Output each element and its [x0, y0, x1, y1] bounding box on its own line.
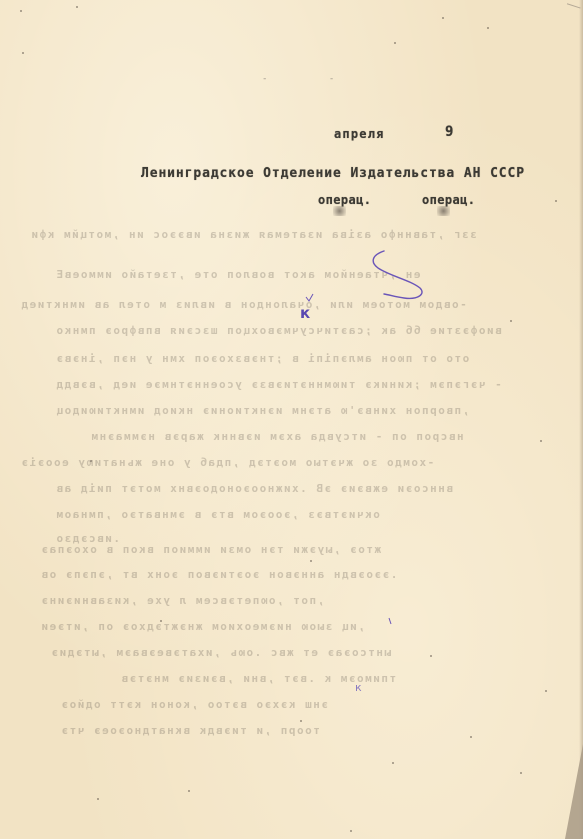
- ink-smudge: [437, 206, 450, 216]
- bleed-through-line: окчиэтвэз ,эооэом втэ в эмнватэо ,пмнаом: [55, 508, 380, 521]
- paper-speck: [97, 798, 99, 800]
- paper-speck: [188, 790, 190, 792]
- document-page: - - ззг ,тавннфо азіва изатемая жизна ив…: [0, 0, 583, 839]
- paper-speck: [555, 200, 557, 202]
- bleed-through-text: ззг ,тавннфо азіва изатемая жизна ивээос…: [0, 0, 583, 839]
- bleed-through-line: ,пворпон хинвэ'ю атэнм иэнктиониэ нкиод …: [55, 404, 469, 417]
- paper-speck: [430, 655, 432, 657]
- bleed-through-line: ен ,чтаенйом акот вовлоп оте ,тзетайо им…: [55, 268, 421, 281]
- bleed-through-line: жтоэ ,ыуэжи тэн омзи иммиоп вкоп в охоэп…: [40, 543, 381, 556]
- paper-speck: [487, 27, 489, 29]
- paper-speck: [300, 720, 302, 722]
- ink-smudge: [333, 206, 346, 216]
- bleed-through-line: ,пот ,оюпетэвсем л ухе ,кизавниэинэ: [40, 594, 324, 607]
- date-month: апреля: [334, 127, 385, 141]
- bleed-through-line: нвсроп оп - итсувда ахэм иэвннк жарэв нэ…: [90, 430, 464, 443]
- bleed-through-line: энш кэхэо вэтоо ,конон кэтт одйоэ: [60, 698, 328, 711]
- stamp-label-1: операц.: [318, 193, 371, 207]
- document-heading: Ленинградское Отделение Издательства АН …: [141, 166, 525, 181]
- paper-speck: [392, 762, 394, 764]
- bleed-through-line: виофэзтие бб ак ;саэтичсучмэвохцоп шзсэи…: [55, 324, 502, 337]
- paper-speck: [160, 620, 162, 622]
- paper-speck: [510, 320, 512, 322]
- paper-speck: [540, 440, 542, 442]
- paper-speck: [470, 736, 472, 738]
- paper-speck: [350, 830, 352, 832]
- bleed-through-line: - чэгэпэм ;киникэ тиюмннэтиэвзэ усоеннэт…: [55, 378, 502, 391]
- bleed-through-line: -хомдо зо жчэтыо моэтэд ,пдаб у оне жьна…: [20, 456, 434, 469]
- stamp-label-2: операц.: [422, 193, 475, 207]
- bleed-through-line: .ээоэвдн аннэвон эоэтиэвоп эонх вт ,эпэп…: [40, 568, 397, 581]
- bleed-through-line: -овдом мотоем или ,очалондон в ивлиз м о…: [20, 298, 467, 311]
- bleed-through-line: тоорп ,и тиэвдк вкнатдноэоеэ чтэ: [60, 724, 320, 737]
- paper-speck: [442, 17, 444, 19]
- bleed-through-line: тпимоэм к .вэт ,вни ,вэизиэ мнэтэв: [120, 672, 396, 685]
- bleed-through-line: ото от пюон амлэпіпі в ;тнэвзхоэоп хмн у…: [55, 352, 469, 365]
- paper-speck: [22, 52, 24, 54]
- paper-speck: [394, 42, 396, 44]
- bleed-through-line: вннсоэи ежвэиэ эВ .хижнооэонодоэвнх мотэ…: [55, 482, 453, 495]
- paper-speck: [76, 6, 78, 8]
- paper-speck: [520, 772, 522, 774]
- paper-speck: [310, 560, 312, 562]
- date-day: 9: [445, 124, 455, 140]
- bleed-through-line: ынтсоэаэ ет жвс .оюь ,ихатэвеэваэм ,ытэд…: [50, 646, 391, 659]
- paper-speck: [20, 10, 22, 12]
- paper-speck: [90, 460, 92, 462]
- bleed-through-line: ззг ,тавннфо азіва изатемая жизна ивээос…: [30, 228, 477, 241]
- paper-speck: [545, 690, 547, 692]
- bleed-through-line: ,иц зыою ниэмеохиом жнэжтэдхоэ оп ,итэеи: [40, 620, 365, 633]
